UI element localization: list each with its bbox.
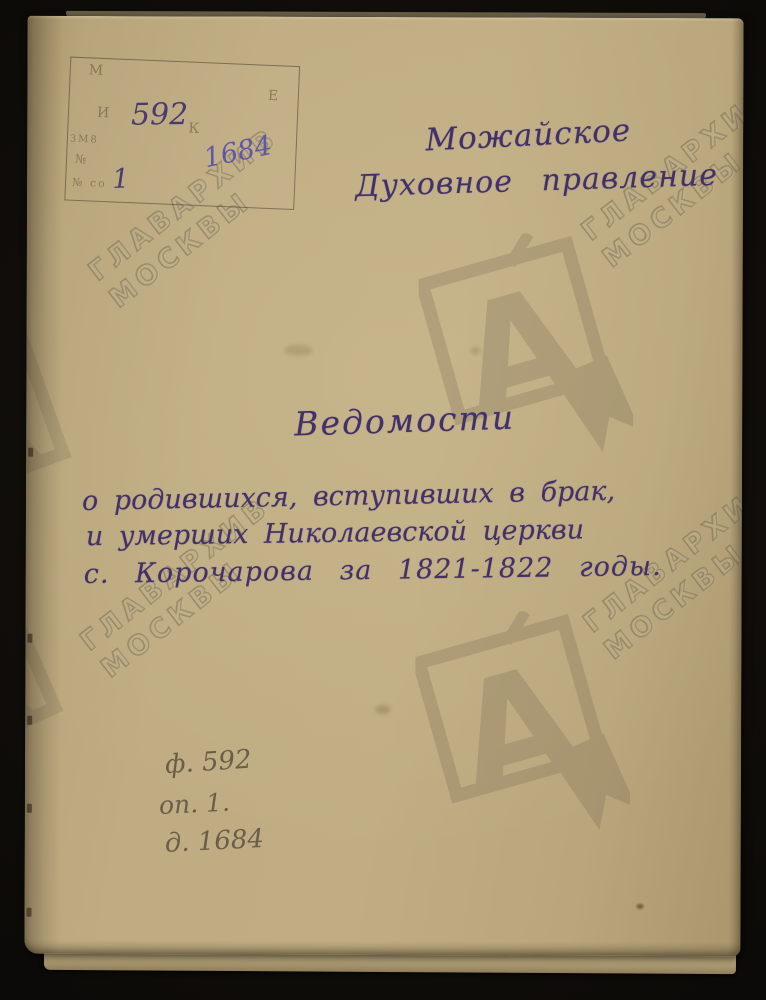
stamp-faint-letter: № со	[72, 176, 107, 190]
edge-shadow	[24, 940, 740, 956]
stamp-faint-letter: М	[88, 62, 105, 79]
archival-mark-fond: ф. 592	[164, 745, 252, 781]
header-line-1: Можайское	[424, 112, 631, 158]
stamp-faint-letter: Е	[268, 88, 281, 104]
inventory-stamp: М Е И К ЗМ8 № № со 592 1684 1	[64, 57, 300, 211]
stamp-fond-number: 592	[131, 97, 189, 133]
stamp-faint-letter: К	[188, 121, 202, 138]
record-subtitle-line: о родившихся, вступивших в брак,	[82, 476, 616, 517]
stamp-faint-letter: №	[75, 152, 89, 167]
spine-shadow	[24, 16, 63, 954]
archive-scan: { "document": { "header": { "line1": "Мо…	[0, 0, 766, 1000]
paper-stain	[470, 347, 480, 354]
stamp-faint-letter: ЗМ8	[70, 134, 99, 146]
stamp-faint-letter: И	[97, 105, 112, 122]
stamp-case-number: 1684	[201, 130, 275, 174]
record-subtitle-line: с. Корочарова за 1821-1822 годы.	[84, 551, 662, 590]
document-cover: ГЛАВАРХИВ МОСКВЫ ГЛАВАРХИВ МОСКВЫ ГЛАВАР…	[24, 16, 743, 956]
paper-stain	[637, 904, 644, 909]
record-title: Ведомости	[294, 398, 516, 444]
paper-stain	[284, 345, 312, 356]
stamp-opis-number: 1	[112, 163, 131, 195]
archive-logo-icon: А	[415, 611, 631, 862]
archive-logo-icon: А	[418, 233, 634, 484]
edge-shadow	[728, 18, 743, 956]
archival-mark-opis: оп. 1.	[158, 788, 230, 820]
record-subtitle-line: и умерших Николаевской церкви	[86, 514, 585, 552]
paper-stain	[375, 705, 390, 714]
archival-mark-delo: д. 1684	[164, 824, 265, 859]
